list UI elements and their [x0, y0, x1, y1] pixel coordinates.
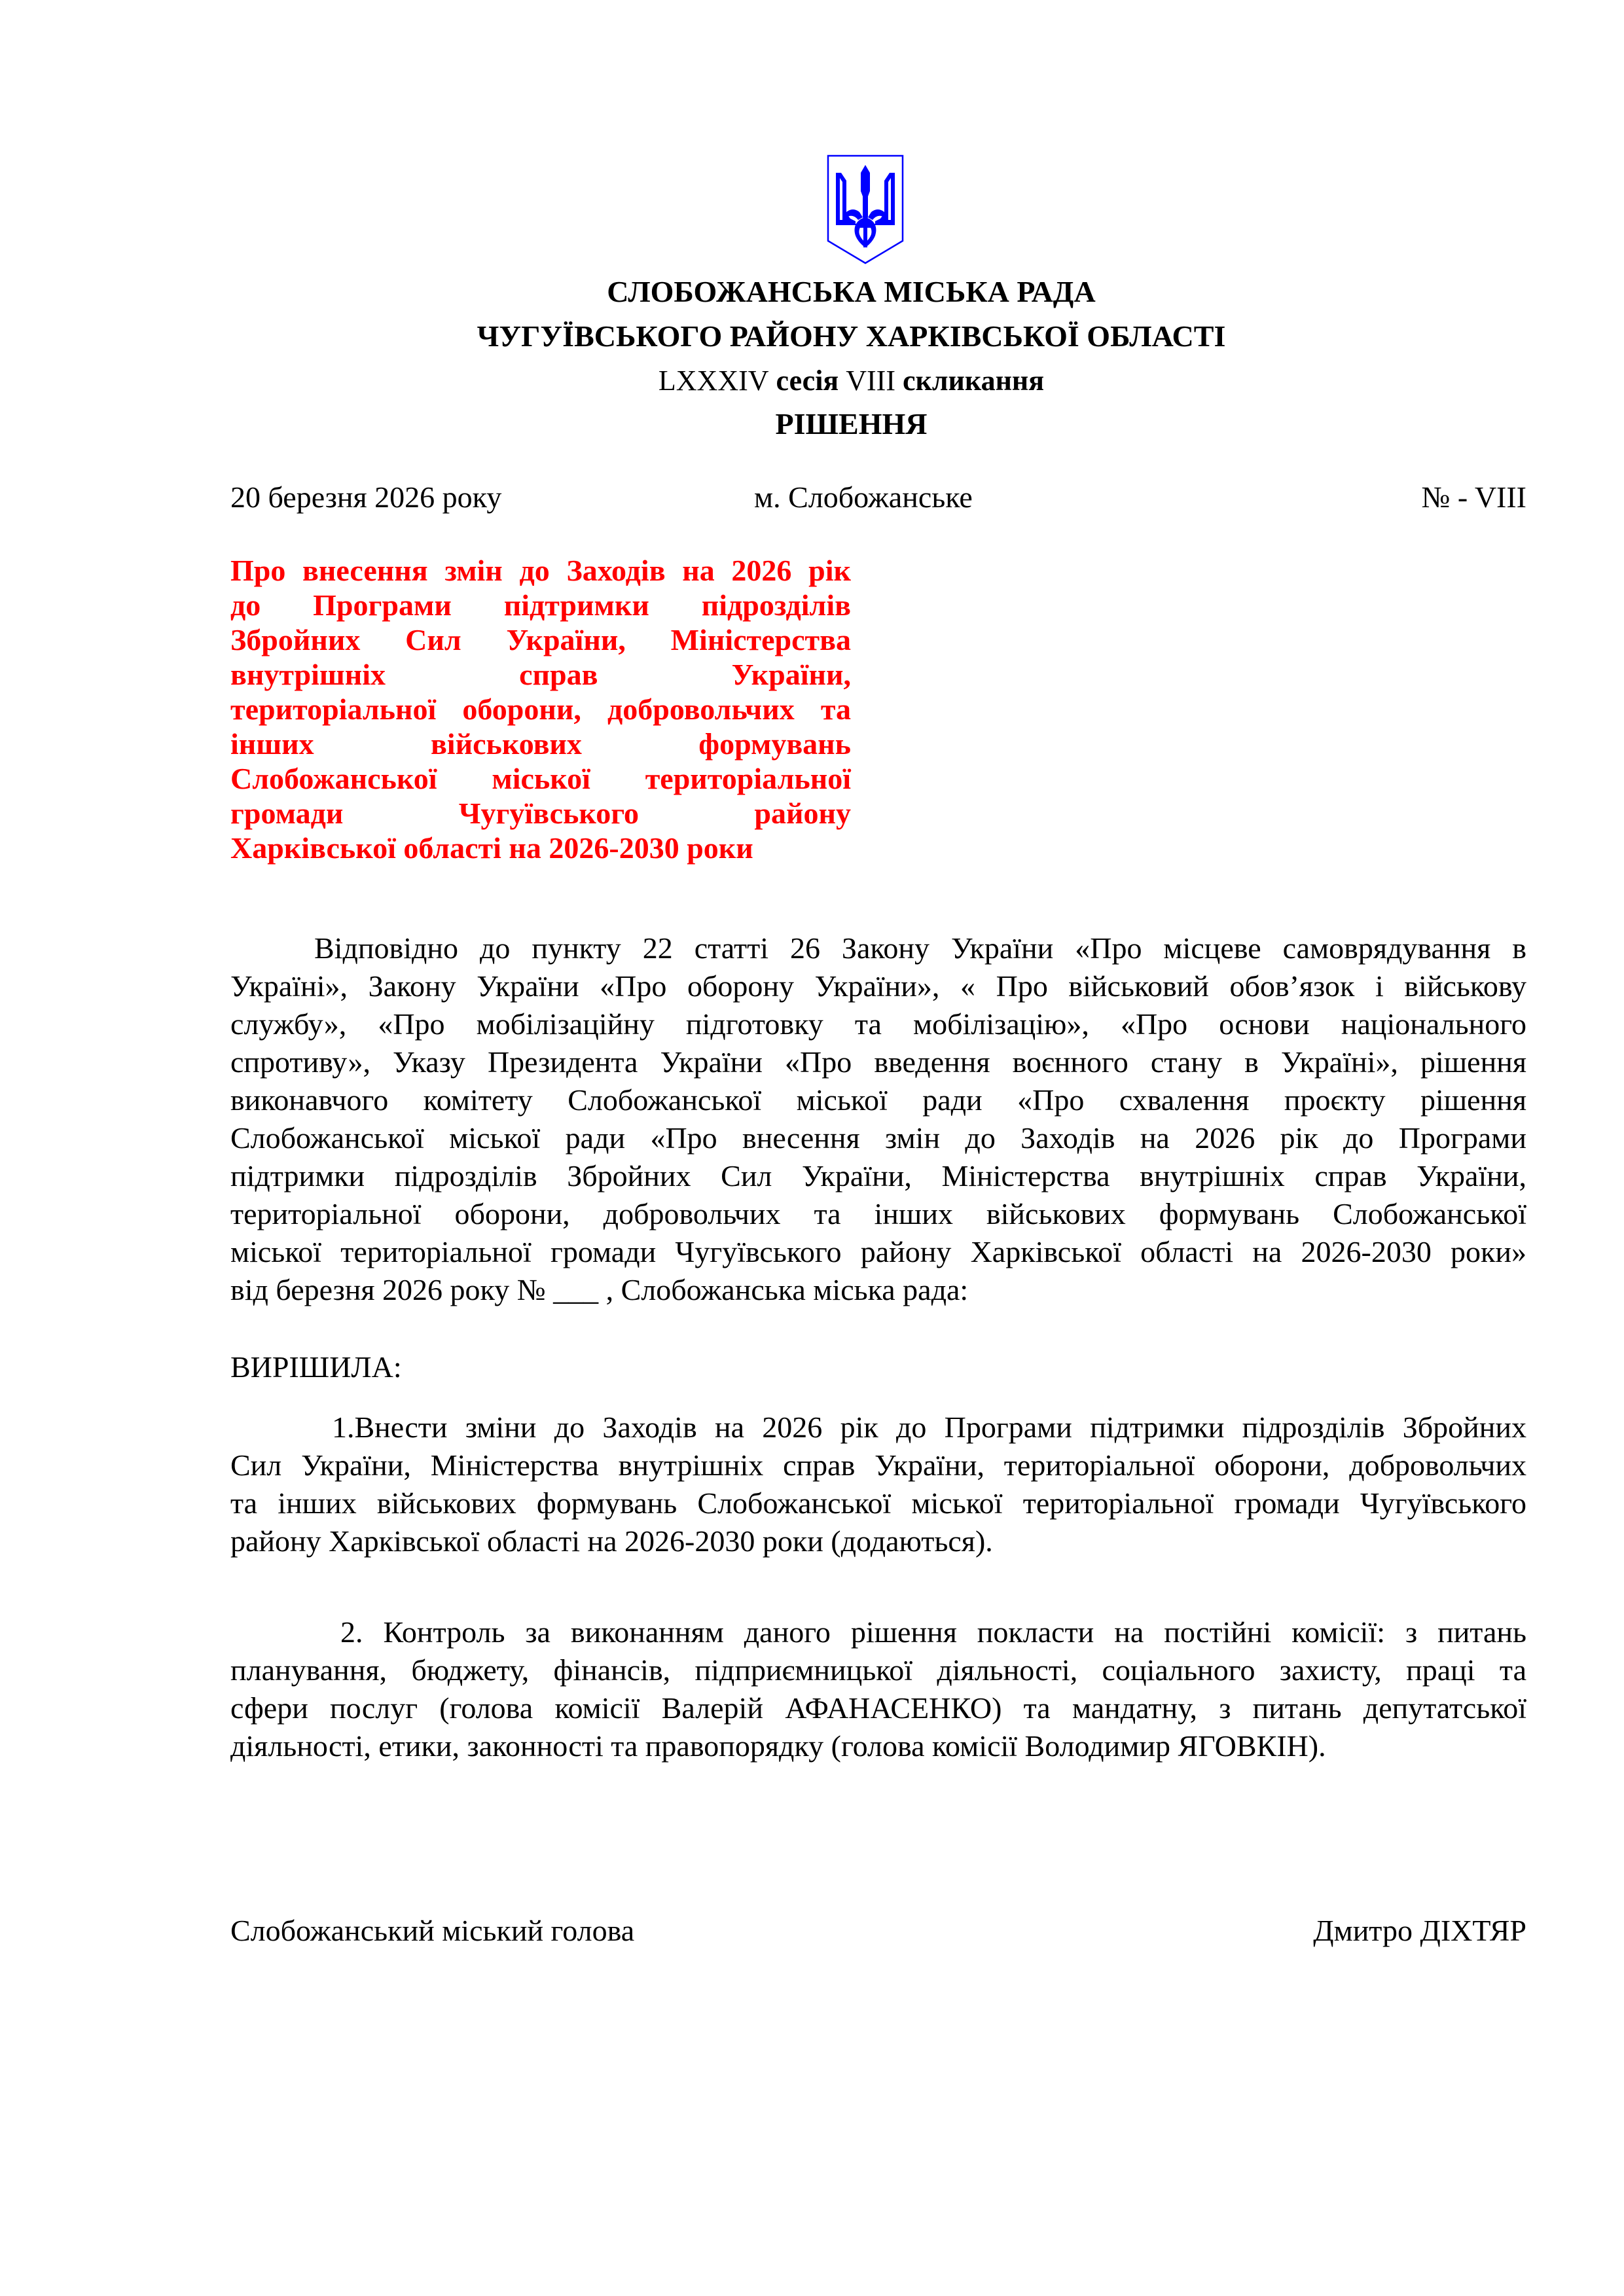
paragraph-line: 1.Внести зміни до Заходів на 2026 рік до… — [230, 1408, 1526, 1446]
decision-place: м. Слобожанське — [754, 478, 973, 517]
paragraph-line: району Харківської області на 2026-2030 … — [230, 1522, 1526, 1560]
subject-line: Збройних Сил України, Міністерства — [230, 622, 851, 657]
resolution-item-2: 2. Контроль за виконанням даного рішення… — [230, 1613, 1526, 1765]
paragraph-line: планування, бюджету, фінансів, підприємн… — [230, 1651, 1526, 1689]
paragraph-line: Відповідно до пункту 22 статті 26 Закону… — [230, 929, 1526, 967]
legal-basis-paragraph: Відповідно до пункту 22 статті 26 Закону… — [230, 929, 1526, 1309]
session-roman: LXXXIV — [659, 365, 769, 397]
subject-line: Про внесення змін до Заходів на 2026 рік — [230, 553, 851, 588]
paragraph-line: Сил України, Міністерства внутрішніх спр… — [230, 1446, 1526, 1484]
paragraph-line: службу», «Про мобілізаційну підготовку т… — [230, 1005, 1526, 1043]
document-page: СЛОБОЖАНСЬКА МІСЬКА РАДА ЧУГУЇВСЬКОГО РА… — [0, 0, 1624, 2296]
paragraph-line: 2. Контроль за виконанням даного рішення… — [230, 1613, 1526, 1651]
convocation-roman: VIII — [846, 365, 895, 397]
signatory-title: Слобожанський міський голова — [230, 1911, 634, 1950]
subject-line: до Програми підтримки підрозділів — [230, 588, 851, 622]
paragraph-line: міської територіальної громади Чугуївськ… — [230, 1233, 1526, 1271]
document-type: РІШЕННЯ — [39, 404, 1624, 444]
paragraph-line: Слобожанської міської ради «Про внесення… — [230, 1119, 1526, 1157]
paragraph-line: від березня 2026 року № ___ , Слобожансь… — [230, 1271, 1526, 1309]
signatory-name: Дмитро ДІХТЯР — [1313, 1911, 1526, 1950]
resolution-item-1: 1.Внести зміни до Заходів на 2026 рік до… — [230, 1408, 1526, 1560]
paragraph-line: діяльності, етики, законності та правопо… — [230, 1727, 1526, 1765]
paragraph-line: та інших військових формувань Слобожансь… — [230, 1484, 1526, 1522]
session-word: сесія — [769, 365, 846, 397]
subject-line: інших військових формувань — [230, 726, 851, 761]
session-line: LXXXIV сесія VIII скликання — [39, 361, 1624, 401]
paragraph-line: територіальної оборони, добровольчих та … — [230, 1195, 1526, 1233]
paragraph-line: Україні», Закону України «Про оборону Ук… — [230, 967, 1526, 1005]
meta-row: 20 березня 2026 року м. Слобожанське № -… — [230, 478, 1526, 517]
paragraph-line: підтримки підрозділів Збройних Сил Украї… — [230, 1157, 1526, 1195]
council-name: СЛОБОЖАНСЬКА МІСЬКА РАДА — [39, 272, 1624, 312]
paragraph-line: виконавчого комітету Слобожанської міськ… — [230, 1081, 1526, 1119]
paragraph-line: сфери послуг (голова комісії Валерій АФА… — [230, 1689, 1526, 1727]
coat-of-arms-icon — [827, 154, 904, 264]
paragraph-line: спротиву», Указу Президента України «Про… — [230, 1043, 1526, 1081]
district-name: ЧУГУЇВСЬКОГО РАЙОНУ ХАРКІВСЬКОЇ ОБЛАСТІ — [39, 317, 1624, 356]
decision-date: 20 березня 2026 року — [230, 478, 501, 517]
subject-line: громади Чугуївського району — [230, 796, 851, 831]
decision-subject: Про внесення змін до Заходів на 2026 рік… — [230, 553, 851, 865]
subject-line: територіальної оборони, добровольчих та — [230, 692, 851, 726]
subject-line: Слобожанської міської територіальної — [230, 761, 851, 796]
subject-line: внутрішніх справ України, — [230, 657, 851, 692]
resolved-text: ВИРІШИЛА: — [230, 1348, 1526, 1386]
decision-number: № - VIII — [1421, 478, 1526, 517]
subject-line: Харківської області на 2026-2030 роки — [230, 831, 851, 865]
convocation-word: скликання — [895, 365, 1044, 397]
resolved-label: ВИРІШИЛА: — [230, 1348, 1526, 1386]
signature-block: Слобожанський міський голова Дмитро ДІХТ… — [230, 1911, 1526, 1950]
